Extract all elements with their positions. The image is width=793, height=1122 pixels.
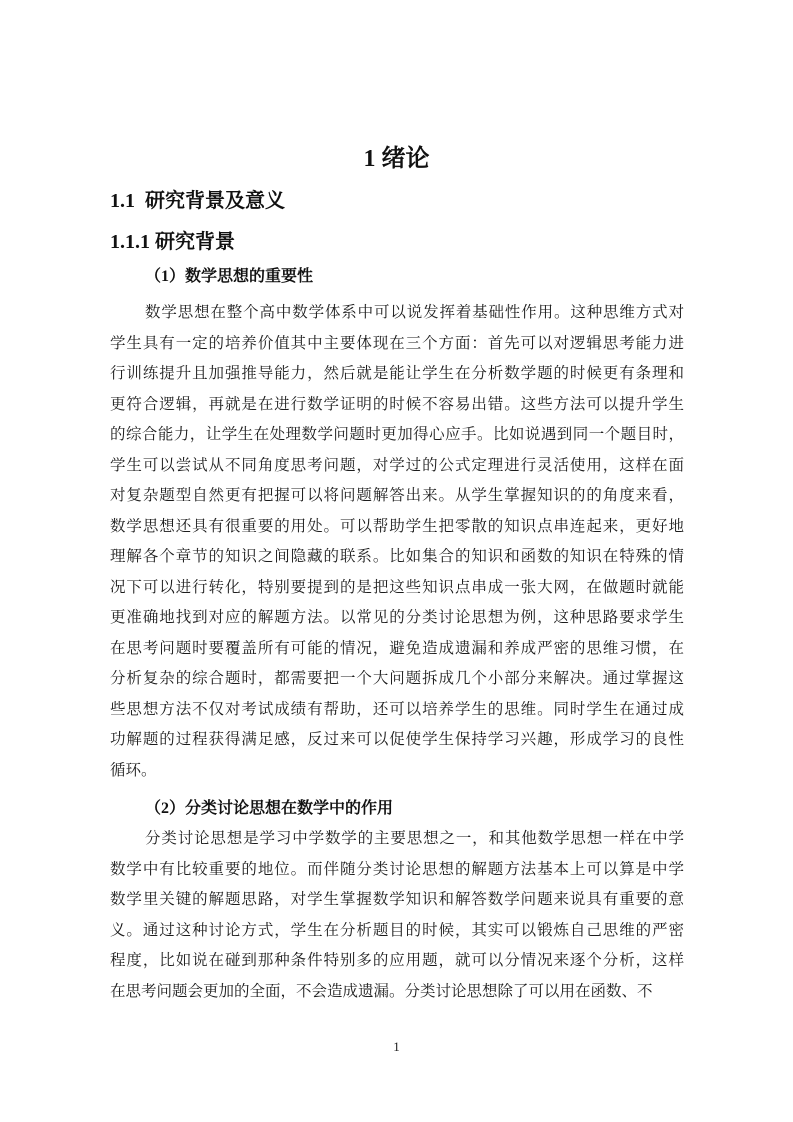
paragraph-line: 理解各个章节的知识之间隐藏的联系。比如集合的知识和函数的知识在特殊的情 <box>110 542 684 573</box>
paragraph-line: 数学中有比较重要的地位。而伴随分类讨论思想的解题方法基本上可以算是中学 <box>110 855 684 886</box>
paragraph-line: 程度，比如说在碰到那种条件特别多的应用题，就可以分情况来逐个分析，这样 <box>110 946 684 977</box>
point-2-heading: （2）分类讨论思想在数学中的作用 <box>110 798 684 820</box>
paragraph-2: 分类讨论思想是学习中学数学的主要思想之一，和其他数学思想一样在中学数学中有比较重… <box>110 824 684 1007</box>
paragraph-line: 在思考问题时要覆盖所有可能的情况，避免造成遗漏和养成严密的思维习惯，在 <box>110 634 684 665</box>
paragraph-line: 分类讨论思想是学习中学数学的主要思想之一，和其他数学思想一样在中学 <box>110 824 684 855</box>
paragraph-line: 学生具有一定的培养价值其中主要体现在三个方面：首先可以对逻辑思考能力进 <box>110 329 684 360</box>
paragraph-line: 数学思想还具有很重要的用处。可以帮助学生把零散的知识点串连起来，更好地 <box>110 512 684 543</box>
point-1-heading: （1）数学思想的重要性 <box>110 266 684 288</box>
paragraph-line: 数学里关键的解题思路，对学生掌握数学知识和解答数学问题来说具有重要的意 <box>110 885 684 916</box>
paragraph-1: 数学思想在整个高中数学体系中可以说发挥着基础性作用。这种思维方式对学生具有一定的… <box>110 298 684 786</box>
paragraph-line: 义。通过这种讨论方式，学生在分析题目的时候，其实可以锻炼自己思维的严密 <box>110 916 684 947</box>
document-page: 1 绪论 1.1 研究背景及意义 1.1.1 研究背景 （1）数学思想的重要性 … <box>0 0 793 1122</box>
paragraph-line: 循环。 <box>110 756 684 787</box>
page-number: 1 <box>0 1039 793 1055</box>
chapter-title: 1 绪论 <box>0 141 793 177</box>
paragraph-line: 更准确地找到对应的解题方法。以常见的分类讨论思想为例，这种思路要求学生 <box>110 603 684 634</box>
paragraph-line: 行训练提升且加强推导能力，然后就是能让学生在分析数学题的时候更有条理和 <box>110 359 684 390</box>
paragraph-line: 数学思想在整个高中数学体系中可以说发挥着基础性作用。这种思维方式对 <box>110 298 684 329</box>
paragraph-line: 分析复杂的综合题时，都需要把一个大问题拆成几个小部分来解决。通过掌握这 <box>110 664 684 695</box>
paragraph-line: 些思想方法不仅对考试成绩有帮助，还可以培养学生的思维。同时学生在通过成 <box>110 695 684 726</box>
paragraph-line: 功解题的过程获得满足感，反过来可以促使学生保持学习兴趣，形成学习的良性 <box>110 725 684 756</box>
paragraph-line: 在思考问题会更加的全面，不会造成遗漏。分类讨论思想除了可以用在函数、不 <box>110 977 684 1008</box>
paragraph-line: 况下可以进行转化，特别要提到的是把这些知识点串成一张大网，在做题时就能 <box>110 573 684 604</box>
paragraph-line: 的综合能力，让学生在处理数学问题时更加得心应手。比如说遇到同一个题目时， <box>110 420 684 451</box>
paragraph-line: 学生可以尝试从不同角度思考问题，对学过的公式定理进行灵活使用，这样在面 <box>110 451 684 482</box>
paragraph-line: 对复杂题型自然更有把握可以将问题解答出来。从学生掌握知识的的角度来看， <box>110 481 684 512</box>
section-heading-1-1: 1.1 研究背景及意义 <box>110 188 684 214</box>
subsection-heading-1-1-1: 1.1.1 研究背景 <box>110 229 684 255</box>
paragraph-line: 更符合逻辑，再就是在进行数学证明的时候不容易出错。这些方法可以提升学生 <box>110 390 684 421</box>
